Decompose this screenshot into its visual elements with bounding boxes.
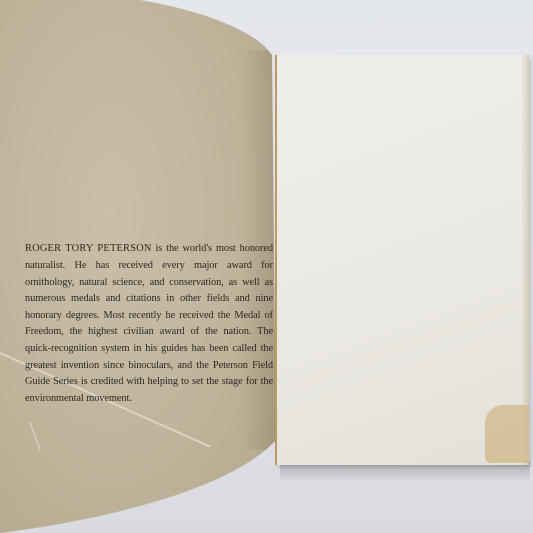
author-bio: ROGER TORY PETERSON is the world's most …	[25, 241, 273, 407]
page-stain	[485, 405, 529, 463]
book-shadow	[280, 462, 530, 482]
right-page	[275, 55, 529, 465]
author-bio-text: is the world's most honored naturalist. …	[25, 243, 273, 403]
author-name: ROGER TORY PETERSON	[25, 243, 152, 254]
page-crease-small	[29, 422, 41, 451]
left-page: ROGER TORY PETERSON is the world's most …	[0, 0, 278, 533]
page-edge	[521, 55, 529, 465]
